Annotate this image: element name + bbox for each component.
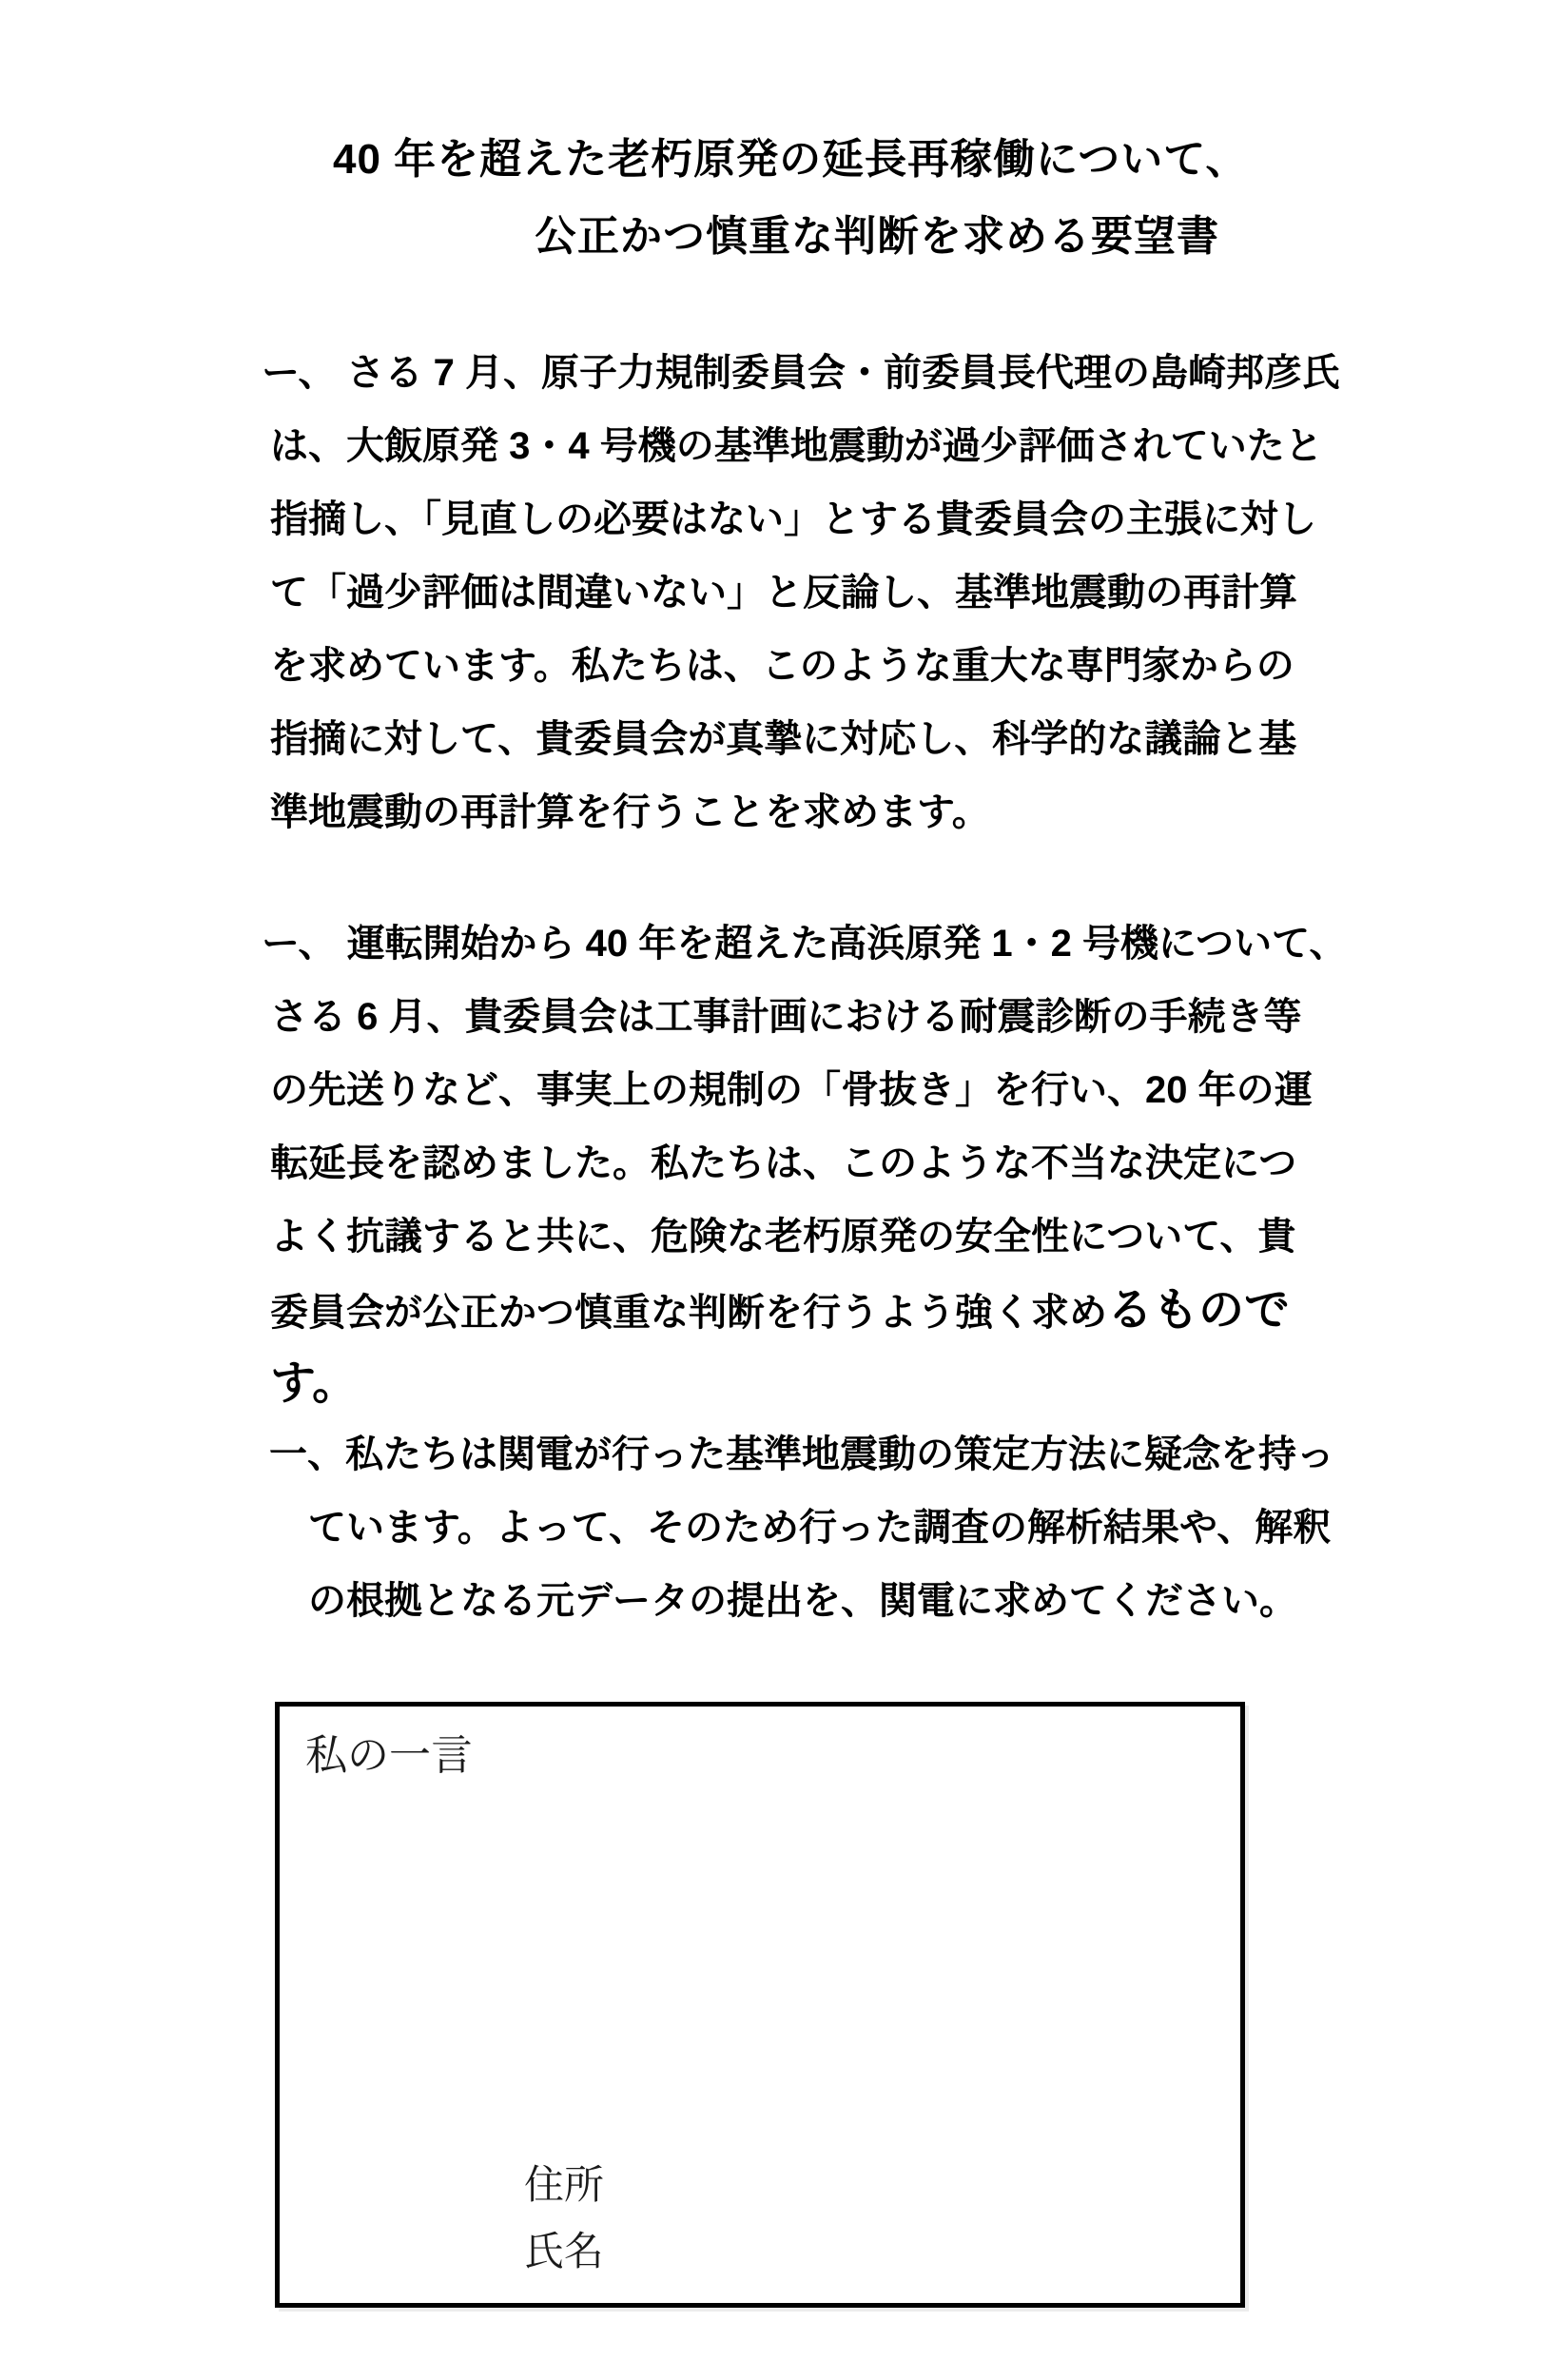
name-label: 氏名 xyxy=(524,2233,604,2273)
paragraph-3: 一、私たちは関電が行った基準地震動の策定方法に疑念を持っています。よって、そのた… xyxy=(269,1418,1334,1638)
text-line: の根拠となる元データの提出を、関電に求めてください。 xyxy=(269,1565,1334,1638)
text-segment: 委員会が公正かつ慎重な判断を行うよう強く求め xyxy=(270,1292,1107,1334)
text-line: 指摘に対して、貴委員会が真摯に対応し、科学的な議論と基 xyxy=(262,703,1340,776)
text-line: は、大飯原発 3・4 号機の基準地震動が過少評価されていたと xyxy=(262,410,1340,483)
text-line: ています。よって、そのため行った調査の解析結果や、解釈 xyxy=(269,1492,1334,1565)
text-line: 委員会が公正かつ慎重な判断を行うよう強く求めるもので xyxy=(262,1274,1347,1347)
comment-label: 私の一言 xyxy=(305,1735,473,1777)
text-line: さる 6 月、貴委員会は工事計画における耐震診断の手続き等 xyxy=(262,981,1347,1054)
text-line: よく抗議すると共に、危険な老朽原発の安全性について、貴 xyxy=(262,1200,1347,1274)
text-line: 転延長を認めました。私たちは、このような不当な決定につ xyxy=(262,1127,1347,1200)
text-line: ー、 さる 7 月、原子力規制委員会・前委員長代理の島崎邦彦氏 xyxy=(262,337,1340,410)
text-line: 指摘し、「見直しの必要はない」とする貴委員会の主張に対し xyxy=(262,483,1340,556)
text-line: て「過少評価は間違いない」と反論し、基準地震動の再計算 xyxy=(262,556,1340,630)
paragraph-2: ー、 運転開始から 40 年を超えた高浜原発 1・2 号機について、さる 6 月… xyxy=(262,907,1347,1420)
text-segment: す。 xyxy=(270,1358,358,1409)
document-title-line2: 公正かつ慎重な判断を求める要望書 xyxy=(535,216,1219,258)
document-page: 40 年を超えた老朽原発の延長再稼働について、 公正かつ慎重な判断を求める要望書… xyxy=(0,0,1557,2380)
text-line: を求めています。私たちは、このような重大な専門家からの xyxy=(262,630,1340,703)
paragraph-1: ー、 さる 7 月、原子力規制委員会・前委員長代理の島崎邦彦氏は、大飯原発 3・… xyxy=(262,337,1340,849)
text-line: す。 xyxy=(262,1347,1347,1420)
text-line: ー、 運転開始から 40 年を超えた高浜原発 1・2 号機について、 xyxy=(262,907,1347,981)
address-label: 住所 xyxy=(524,2166,604,2206)
text-line: 準地震動の再計算を行うことを求めます。 xyxy=(262,776,1340,849)
text-segment: るもので xyxy=(1107,1285,1290,1336)
response-form-box: 私の一言 住所 氏名 xyxy=(275,1702,1245,2308)
text-line: 一、私たちは関電が行った基準地震動の策定方法に疑念を持っ xyxy=(269,1418,1334,1492)
document-title-line1: 40 年を超えた老朽原発の延長再稼働について、 xyxy=(333,139,1248,181)
text-line: の先送りなど、事実上の規制の「骨抜き」を行い、20 年の運 xyxy=(262,1054,1347,1127)
